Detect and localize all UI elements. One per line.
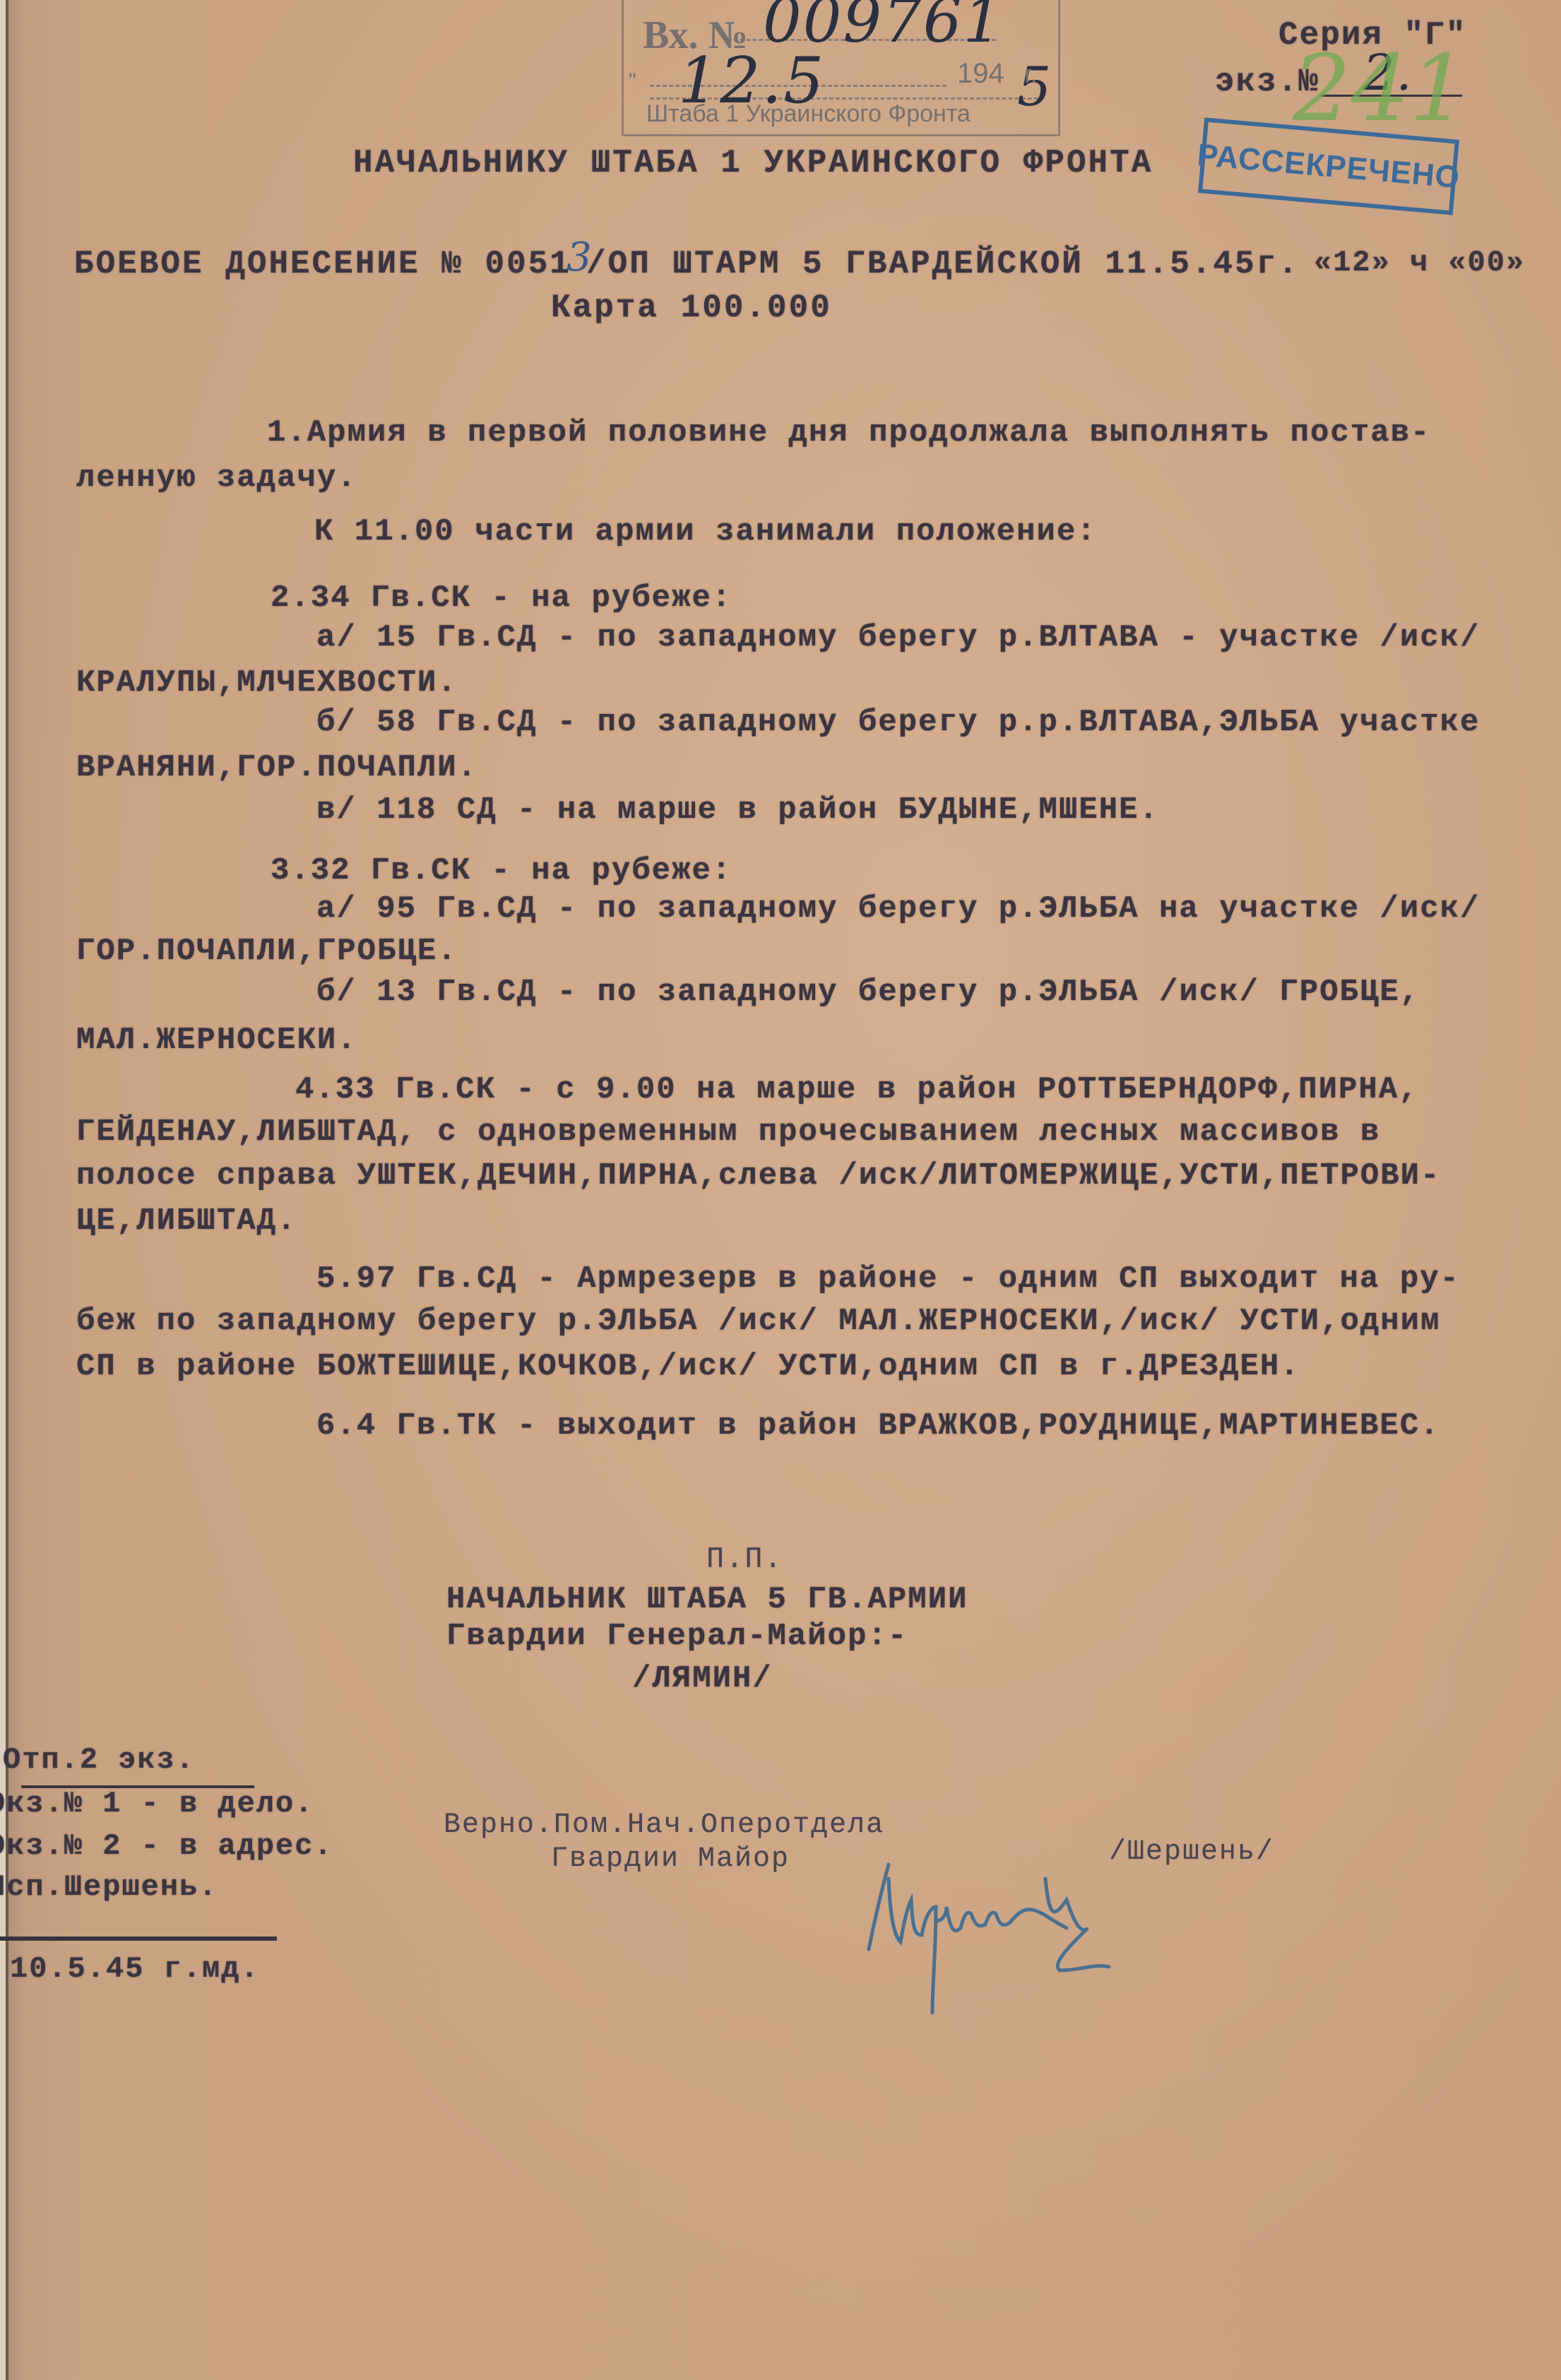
addressee: НАЧАЛЬНИКУ ШТАБА 1 УКРАИНСКОГО ФРОНТА: [353, 145, 1153, 182]
paragraph-line: МАЛ.ЖЕРНОСЕКИ.: [76, 1023, 357, 1058]
handwritten-signature: [855, 1857, 1363, 2020]
paragraph-line: ленную задачу.: [76, 460, 357, 496]
signature-pp: П.П.: [706, 1542, 783, 1576]
paragraph-line: ГОР.ПОЧАПЛИ,ГРОБЦЕ.: [76, 934, 458, 969]
paragraph-line: ГЕЙДЕНАУ,ЛИБШТАД, с одновременным прочес…: [76, 1114, 1380, 1150]
paragraph-line: 2.34 Гв.СК - на рубеже:: [271, 581, 732, 616]
signatory-title: НАЧАЛЬНИК ШТАБА 5 ГВ.АРМИИ: [446, 1582, 968, 1617]
paragraph-line: К 11.00 части армии занимали положение:: [314, 514, 1097, 549]
green-pencil-mark: 241: [1293, 42, 1468, 134]
distribution-bottom-rule: [0, 1936, 277, 1941]
signatory-rank: Гвардии Генерал-Майор:-: [446, 1619, 908, 1654]
signatory-name: /ЛЯМИН/: [632, 1661, 773, 1696]
stamp-year-printed: 194: [957, 58, 1004, 90]
report-title: БОЕВОЕ ДОНЕСЕНИЕ № 0051: [74, 246, 571, 282]
distribution-copies: Отп.2 экз.: [3, 1743, 195, 1777]
paragraph-line: б/ 58 Гв.СД - по западному берегу р.р.ВЛ…: [316, 705, 1480, 740]
report-title-rest: /ОП ШТАРМ 5 ГВАРДЕЙСКОЙ 11.5.45г.: [586, 246, 1300, 282]
paragraph-line: 3.32 Гв.СК - на рубеже:: [271, 853, 732, 888]
paragraph-line: б/ 13 Гв.СД - по западному берегу р.ЭЛЬБ…: [316, 975, 1420, 1010]
paragraph-line: а/ 15 Гв.СД - по западному берегу р.ВЛТА…: [316, 620, 1480, 655]
stamp-org: Штаба 1 Украинского Фронта: [646, 100, 971, 128]
paragraph-line: полосе справа УШТЕК,ДЕЧИН,ПИРНА,слева /и…: [76, 1158, 1441, 1194]
distribution-copy-1: Экз.№ 1 - в дело.: [0, 1787, 314, 1821]
paragraph-line: КРАЛУПЫ,МЛЧЕХВОСТИ.: [76, 665, 458, 701]
paragraph-line: беж по западному берегу р.ЭЛЬБА /иск/ МА…: [76, 1304, 1441, 1339]
map-scale: Карта 100.000: [551, 290, 832, 326]
certification-rank: Гвардии Майор: [551, 1843, 790, 1875]
paragraph-line: 4.33 Гв.СК - с 9.00 на марше в район РОТ…: [295, 1072, 1419, 1107]
stamp-quote: ": [629, 69, 636, 93]
paragraph-line: ЦЕ,ЛИБШТАД.: [76, 1203, 297, 1239]
distribution-date: 10.5.45 г.мд.: [10, 1952, 260, 1986]
report-time: «12» ч «00»: [1314, 246, 1525, 280]
paragraph-line: в/ 118 СД - на марше в район БУДЫНЕ,МШЕН…: [316, 792, 1159, 828]
distribution-copy-2: Экз.№ 2 - в адрес.: [0, 1829, 333, 1863]
paragraph-line: 1.Армия в первой половине дня продолжала…: [267, 415, 1430, 451]
paragraph-line: ВРАНЯНИ,ГОР.ПОЧАПЛИ.: [76, 750, 477, 785]
distribution-executor: Исп.Шершень.: [0, 1870, 218, 1904]
paragraph-line: 6.4 Гв.ТК - выходит в район ВРАЖКОВ,РОУД…: [316, 1408, 1440, 1444]
paragraph-line: 5.97 Гв.СД - Армрезерв в районе - одним …: [316, 1261, 1460, 1297]
certification-title: Верно.Пом.Нач.Оперотдела: [444, 1809, 884, 1841]
paragraph-line: СП в районе БОЖТЕШИЦЕ,КОЧКОВ,/иск/ УСТИ,…: [76, 1349, 1300, 1384]
page-binding-edge: [0, 0, 8, 2380]
paragraph-line: а/ 95 Гв.СД - по западному берегу р.ЭЛЬБ…: [316, 891, 1480, 927]
stamp-year-suffix: г.: [1024, 59, 1038, 89]
